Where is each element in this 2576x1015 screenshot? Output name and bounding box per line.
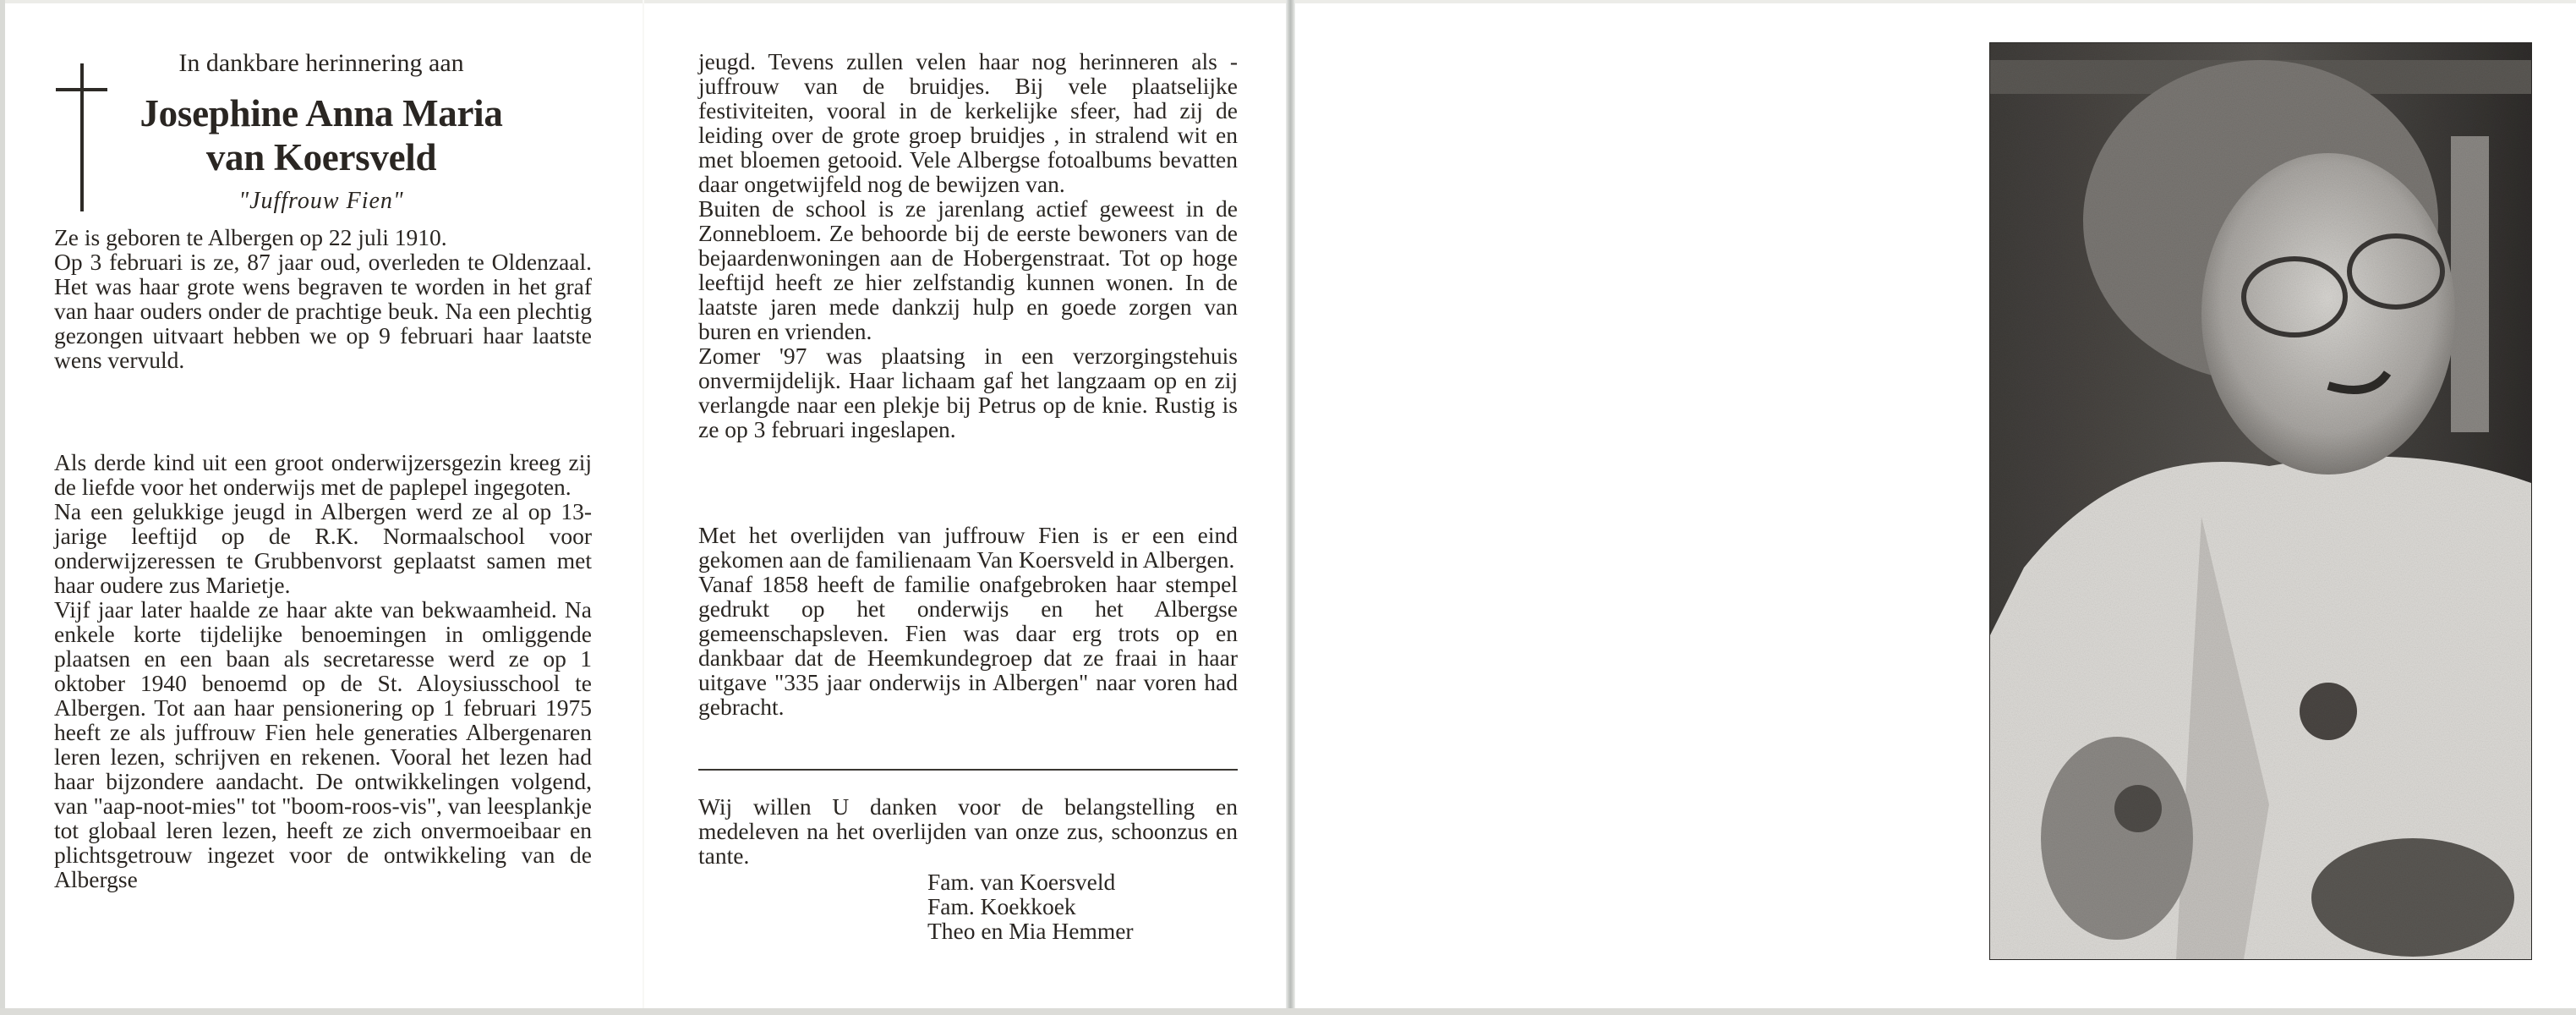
thanks-message: Wij willen U danken voor de belangstelli… (698, 794, 1238, 868)
biography-paragraph: Als derde kind uit een groot onderwijzer… (54, 450, 592, 499)
family-signatures: Fam. van Koersveld Fam. Koekkoek Theo en… (927, 870, 1134, 943)
portrait-image (1990, 43, 2531, 959)
card-left-edge (0, 0, 5, 1015)
biography-continued: jeugd. Tevens zullen velen haar nog heri… (698, 49, 1238, 442)
biography-paragraph: Na een gelukkige jeugd in Albergen werd … (54, 499, 592, 597)
legacy-paragraph: Met het overlijden van juffrouw Fien is … (698, 523, 1238, 572)
card-fold-divider (1286, 0, 1295, 1015)
biography-career: Als derde kind uit een groot onderwijzer… (54, 450, 592, 892)
biography-paragraph: Zomer '97 was plaatsing in een verzorgin… (698, 343, 1238, 442)
legacy-paragraph: Vanaf 1858 heeft de familie onafgebroken… (698, 572, 1238, 719)
thanks-text: Wij willen U danken voor de belangstelli… (698, 794, 1238, 868)
section-divider (698, 769, 1238, 771)
signature-line: Fam. Koekkoek (927, 894, 1134, 919)
panel-crease (643, 0, 644, 1015)
deceased-name: Josephine Anna Maria van Koersveld (93, 91, 550, 179)
signature-line: Theo en Mia Hemmer (927, 919, 1134, 943)
cross-vertical-bar (80, 63, 84, 211)
deceased-nickname: "Juffrouw Fien" (101, 188, 541, 215)
biography-paragraph: Buiten de school is ze jarenlang actief … (698, 196, 1238, 343)
portrait-photo (1989, 42, 2532, 960)
deceased-name-line1: Josephine Anna Maria (93, 91, 550, 135)
family-legacy: Met het overlijden van juffrouw Fien is … (698, 523, 1238, 719)
signature-line: Fam. van Koersveld (927, 870, 1134, 894)
death-line: Op 3 februari is ze, 87 jaar oud, overle… (54, 250, 592, 372)
deceased-name-line2: van Koersveld (93, 135, 550, 179)
memorial-intro: In dankbare herinnering aan (101, 49, 541, 78)
card-bottom-edge (0, 1008, 2576, 1015)
biography-paragraph: Vijf jaar later haalde ze haar akte van … (54, 597, 592, 892)
biography-paragraph: jeugd. Tevens zullen velen haar nog heri… (698, 49, 1238, 196)
biography-intro: Ze is geboren te Albergen op 22 juli 191… (54, 225, 592, 372)
birth-line: Ze is geboren te Albergen op 22 juli 191… (54, 225, 592, 250)
